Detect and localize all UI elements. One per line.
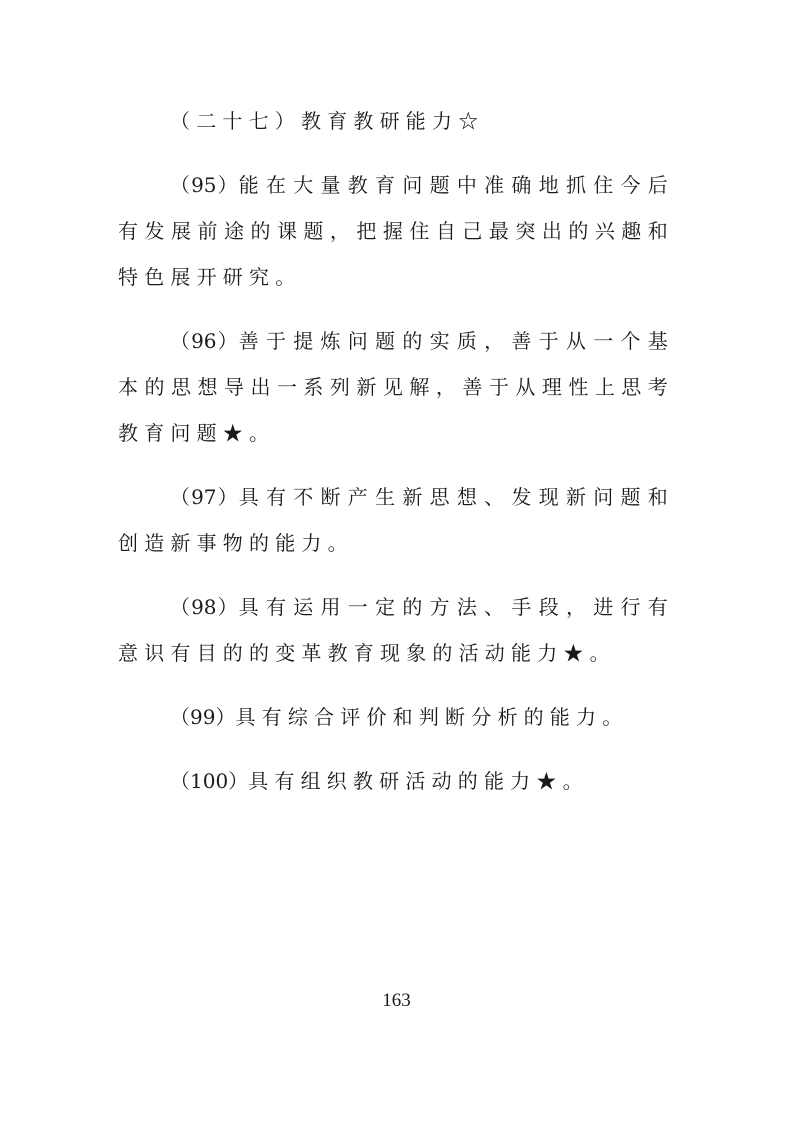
page-content: （二十七）教育教研能力☆ （95）能在大量教育问题中准确地抓住今后有发展前途的课… — [118, 98, 674, 822]
list-item-95: （95）能在大量教育问题中准确地抓住今后有发展前途的课题，把握住自己最突出的兴趣… — [118, 162, 674, 300]
item-number: （97） — [170, 485, 239, 509]
list-item-99: （99）具有综合评价和判断分析的能力。 — [118, 694, 674, 740]
item-number: （95） — [170, 173, 239, 197]
item-text: 具有组织教研活动的能力★。 — [248, 769, 589, 793]
list-item-97: （97）具有不断产生新思想、发现新问题和创造新事物的能力。 — [118, 474, 674, 566]
item-number: （100） — [170, 769, 248, 793]
page-number: 163 — [0, 990, 793, 1012]
item-text: 具有综合评价和判断分析的能力。 — [235, 705, 628, 729]
list-item-96: （96）善于提炼问题的实质，善于从一个基本的思想导出一系列新见解，善于从理性上思… — [118, 318, 674, 456]
item-number: （98） — [170, 595, 239, 619]
item-number: （96） — [170, 329, 239, 353]
list-item-98: （98）具有运用一定的方法、手段，进行有意识有目的的变革教育现象的活动能力★。 — [118, 584, 674, 676]
item-number: （99） — [170, 705, 235, 729]
section-heading: （二十七）教育教研能力☆ — [118, 98, 674, 144]
list-item-100: （100）具有组织教研活动的能力★。 — [118, 758, 674, 804]
